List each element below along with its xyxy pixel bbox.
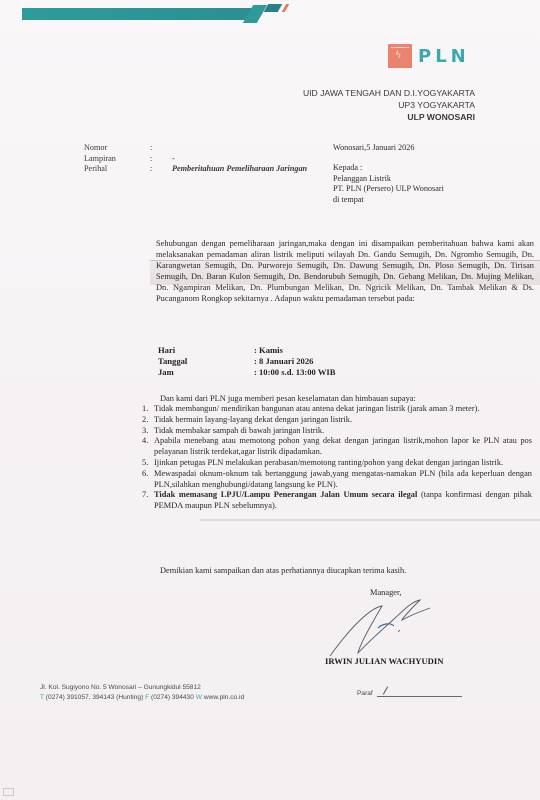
item-number: 3. [142,426,154,437]
advice-intro: Dan kami dari PLN juga memberi pesan kes… [160,393,416,404]
schedule-row-date: Tanggal : 8 Januari 2026 [158,356,336,367]
meta-row-nomor: Nomor : [84,143,322,154]
item-text-bold: Tidak memasang LPJU/Lampu Penerangan Jal… [154,490,417,499]
org-line: UID JAWA TENGAH DAN D.I.YOGYAKARTA [303,87,475,99]
schedule-label: Hari [158,345,254,356]
logo-text: PLN [418,46,470,67]
meta-colon: : [150,154,172,165]
footer-website: www.pln.co.id [204,694,244,701]
meta-row-lampiran: Lampiran : - [84,154,322,165]
paraf-label: Paraf [357,690,373,697]
list-item: 3.Tidak membakar sampah di bawah jaringa… [142,426,532,437]
item-number: 4. [142,436,154,458]
list-item: 1.Tidak membangun/ mendirikan bangunan a… [142,404,532,415]
paraf-field: Paraf [357,688,462,697]
schedule-row-day: Hari : Kamis [158,345,336,356]
letterhead-slash-accent [264,4,283,12]
letter-meta: Nomor : Lampiran : - Perihal : Pemberita… [84,143,322,175]
recipient-line: PT. PLN (Persero) ULP Wonosari [333,184,444,195]
letter-footer: Jl. Kol. Sugiyono No. 5 Wonosari – Gunun… [40,683,244,703]
list-item: 2.Tidak bermain layang-layang dekat deng… [142,415,532,426]
item-text: Tidak bermain layang-layang dekat dengan… [154,415,532,426]
org-line: UP3 YOGYAKARTA [303,99,475,111]
outage-schedule: Hari : Kamis Tanggal : 8 Januari 2026 Ja… [158,345,336,379]
item-text-group: Tidak memasang LPJU/Lampu Penerangan Jal… [154,490,532,512]
recipient-line: Kepada : [333,163,444,174]
meta-label: Nomor [84,143,150,154]
letterhead-slash-accent [282,4,290,12]
item-text: Ijinkan petugas PLN melakukan perabasan/… [154,458,532,469]
schedule-value: : 10:00 s.d. 13:00 WIB [254,367,336,378]
footer-phone: (0274) 391057, 394143 (Hunting) [46,694,144,701]
meta-colon: : [150,143,172,154]
recipient-line: Pelanggan Listrik [333,174,444,185]
date-place: Wonosari,5 Januari 2026 [333,143,414,154]
item-text: Tidak membangun/ mendirikan bangunan ata… [154,404,532,415]
footer-contacts: T (0274) 391057, 394143 (Hunting) F (027… [40,693,244,703]
web-key: W [196,694,202,701]
list-item: 5.Ijinkan petugas PLN melakukan perabasa… [142,458,532,469]
fax-key: F [145,694,149,701]
schedule-label: Jam [158,367,254,378]
meta-value [172,143,322,154]
safety-advice-list: 1.Tidak membangun/ mendirikan bangunan a… [142,404,532,512]
meta-colon: : [150,164,172,175]
pln-logo: ϟ PLN [388,44,470,68]
meta-value: - [172,154,322,165]
item-number: 2. [142,415,154,426]
meta-label: Lampiran [84,154,150,165]
signatory-name: IRWIN JULIAN WACHYUDIN [325,656,443,666]
meta-row-perihal: Perihal : Pemberitahuan Pemeliharaan Jar… [84,164,322,175]
paraf-line [377,688,462,697]
letterhead-teal-bar [22,8,254,20]
body-paragraph: Sehubungan dengan pemeliharaan jaringan,… [156,238,534,304]
recipient-block: Kepada : Pelanggan Listrik PT. PLN (Pers… [333,163,444,205]
list-item: 4.Apabila menebang atau memotong pohon y… [142,436,532,458]
item-number: 5. [142,458,154,469]
item-number: 1. [142,404,154,415]
footer-fax: (0274) 394430 [151,694,194,701]
schedule-value: : 8 Januari 2026 [254,356,313,367]
recipient-line: di tempat [333,195,444,206]
handwritten-signature-icon [320,598,460,658]
closing-sentence: Demikian kami sampaikan dan atas perhati… [160,565,406,576]
item-text: Tidak membakar sampah di bawah jaringan … [154,426,532,437]
signatory-role: Manager, [370,588,402,597]
organization-unit: UID JAWA TENGAH DAN D.I.YOGYAKARTA UP3 Y… [303,87,475,123]
phone-key: T [40,694,44,701]
letter-page: ϟ PLN UID JAWA TENGAH DAN D.I.YOGYAKARTA… [0,0,540,800]
meta-label: Perihal [84,164,150,175]
list-item: 6.Mewaspadai oknum-oknum tak bertanggung… [142,469,532,491]
item-text: Mewaspadai oknum-oknum tak bertanggung j… [154,469,532,491]
subject: Pemberitahuan Pemeliharaan Jaringan [172,164,322,175]
list-item: 7.Tidak memasang LPJU/Lampu Penerangan J… [142,490,532,512]
schedule-row-time: Jam : 10:00 s.d. 13:00 WIB [158,367,336,378]
scanner-mark-icon [3,788,14,796]
paper-crease [200,519,540,521]
item-text: Apabila menebang atau memotong pohon yan… [154,436,532,458]
org-line: ULP WONOSARI [303,111,475,123]
schedule-value: : Kamis [254,345,283,356]
item-number: 6. [142,469,154,491]
footer-address: Jl. Kol. Sugiyono No. 5 Wonosari – Gunun… [40,683,244,693]
schedule-label: Tanggal [158,356,254,367]
pln-lightning-logo-icon: ϟ [388,44,412,68]
item-number: 7. [142,490,154,512]
